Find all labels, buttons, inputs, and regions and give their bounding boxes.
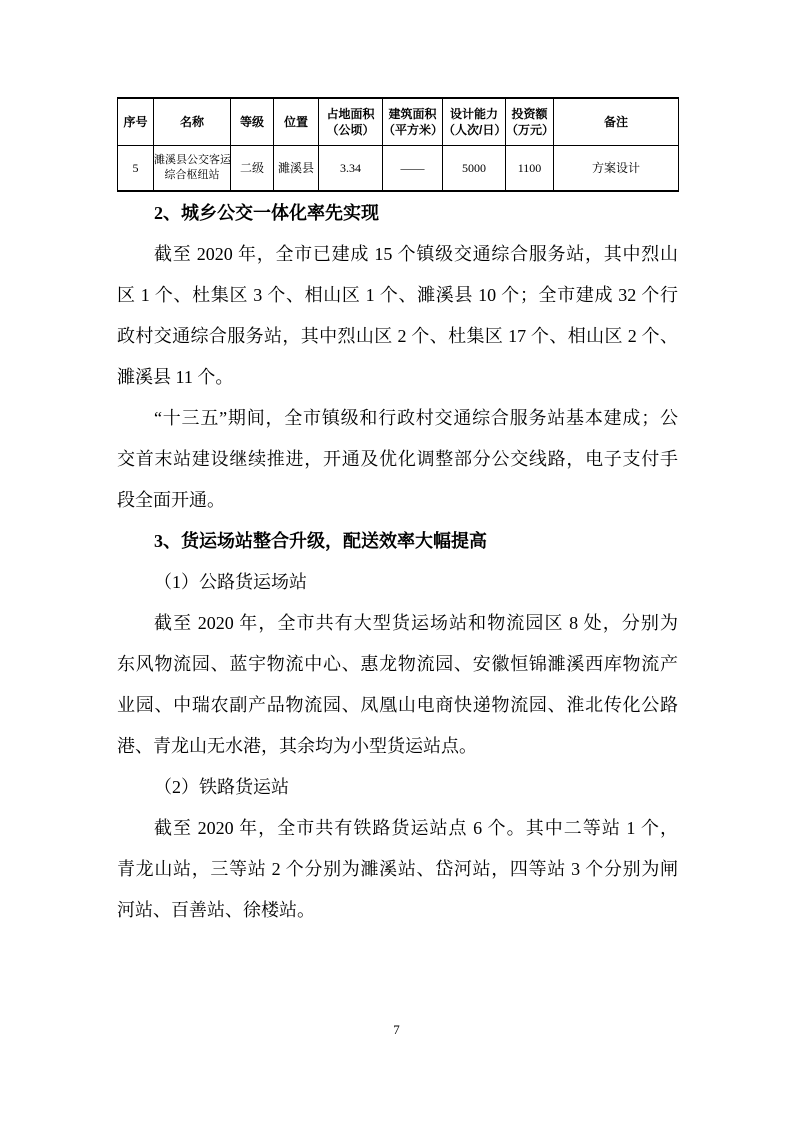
col-header-name-label: 名称 xyxy=(154,114,230,130)
section-heading-freight-stations: 3、货运场站整合升级，配送效率大幅提高 xyxy=(117,521,678,562)
paragraph-line: 截至 2020 年，全市已建成 15 个镇级交通综合服务站，其中烈山 xyxy=(117,234,678,275)
col-header-land-area: 占地面积（公顷） xyxy=(319,98,383,146)
cell-capacity: 5000 xyxy=(443,146,506,192)
paragraph-line: 港、青龙山无水港，其余均为小型货运站点。 xyxy=(117,726,678,767)
col-header-note-label: 备注 xyxy=(554,114,678,130)
cell-grade: 二级 xyxy=(231,146,274,192)
paragraph-line: 濉溪县 11 个。 xyxy=(117,357,678,398)
paragraph-line: 业园、中瑞农副产品物流园、凤凰山电商快递物流园、淮北传化公路 xyxy=(117,685,678,726)
col-header-location-label: 位置 xyxy=(274,114,318,130)
document-page: 序号 名称 等级 位置 占地面积（公顷） 建筑面积（平方米） 设计能力（人次/日… xyxy=(0,0,793,1122)
paragraph-line: “十三五”期间，全市镇级和行政村交通综合服务站基本建成；公 xyxy=(117,398,678,439)
paragraph-line: 截至 2020 年，全市共有铁路货运站点 6 个。其中二等站 1 个， xyxy=(117,808,678,849)
cell-building-area: —— xyxy=(383,146,443,192)
cell-name-line2: 综合枢纽站 xyxy=(154,168,230,183)
paragraph-line: 青龙山站，三等站 2 个分别为濉溪站、岱河站，四等站 3 个分别为闸 xyxy=(117,849,678,890)
paragraph-line: 段全面开通。 xyxy=(117,480,678,521)
col-header-capacity-line1: 设计能力 xyxy=(443,106,505,122)
paragraph-line: 河站、百善站、徐楼站。 xyxy=(117,890,678,931)
col-header-grade: 等级 xyxy=(231,98,274,146)
subheading-rail-freight: （2）铁路货运站 xyxy=(117,767,678,808)
col-header-capacity-line2: （人次/日） xyxy=(443,122,505,138)
col-header-capacity: 设计能力（人次/日） xyxy=(443,98,506,146)
paragraph-line: 区 1 个、杜集区 3 个、相山区 1 个、濉溪县 10 个；全市建成 32 个… xyxy=(117,275,678,316)
cell-name-line1: 濉溪县公交客运 xyxy=(154,153,230,168)
col-header-land-area-line2: （公顷） xyxy=(319,122,382,138)
paragraph-line: 政村交通综合服务站，其中烈山区 2 个、杜集区 17 个、相山区 2 个、 xyxy=(117,316,678,357)
col-header-location: 位置 xyxy=(274,98,319,146)
col-header-building-area-line1: 建筑面积 xyxy=(383,106,442,122)
page-number: 7 xyxy=(0,1022,793,1038)
table-row: 5 濉溪县公交客运综合枢纽站 二级 濉溪县 3.34 —— 5000 1100 … xyxy=(118,146,679,192)
paragraph-line: 交首末站建设继续推进，开通及优化调整部分公交线路，电子支付手 xyxy=(117,439,678,480)
cell-land-area: 3.34 xyxy=(319,146,383,192)
col-header-name: 名称 xyxy=(154,98,231,146)
cell-name: 濉溪县公交客运综合枢纽站 xyxy=(154,146,231,192)
paragraph-line: 东风物流园、蓝宇物流中心、惠龙物流园、安徽恒锦濉溪西库物流产 xyxy=(117,644,678,685)
col-header-land-area-line1: 占地面积 xyxy=(319,106,382,122)
cell-investment: 1100 xyxy=(506,146,554,192)
document-body: 序号 名称 等级 位置 占地面积（公顷） 建筑面积（平方米） 设计能力（人次/日… xyxy=(117,97,678,931)
paragraph-line: 截至 2020 年，全市共有大型货运场站和物流园区 8 处，分别为 xyxy=(117,603,678,644)
col-header-grade-label: 等级 xyxy=(231,114,273,130)
col-header-seq: 序号 xyxy=(118,98,154,146)
cell-seq: 5 xyxy=(118,146,154,192)
subheading-road-freight: （1）公路货运场站 xyxy=(117,562,678,603)
cell-note: 方案设计 xyxy=(554,146,679,192)
col-header-investment-line2: （万元） xyxy=(506,122,553,138)
col-header-seq-label: 序号 xyxy=(118,114,153,130)
facilities-table: 序号 名称 等级 位置 占地面积（公顷） 建筑面积（平方米） 设计能力（人次/日… xyxy=(117,97,679,192)
document-text: 2、城乡公交一体化率先实现 截至 2020 年，全市已建成 15 个镇级交通综合… xyxy=(117,193,678,931)
cell-location: 濉溪县 xyxy=(274,146,319,192)
col-header-building-area: 建筑面积（平方米） xyxy=(383,98,443,146)
col-header-investment: 投资额（万元） xyxy=(506,98,554,146)
col-header-investment-line1: 投资额 xyxy=(506,106,553,122)
section-heading-urban-rural-transit: 2、城乡公交一体化率先实现 xyxy=(117,193,678,234)
table-header-row: 序号 名称 等级 位置 占地面积（公顷） 建筑面积（平方米） 设计能力（人次/日… xyxy=(118,98,679,146)
col-header-building-area-line2: （平方米） xyxy=(383,122,442,138)
col-header-note: 备注 xyxy=(554,98,679,146)
